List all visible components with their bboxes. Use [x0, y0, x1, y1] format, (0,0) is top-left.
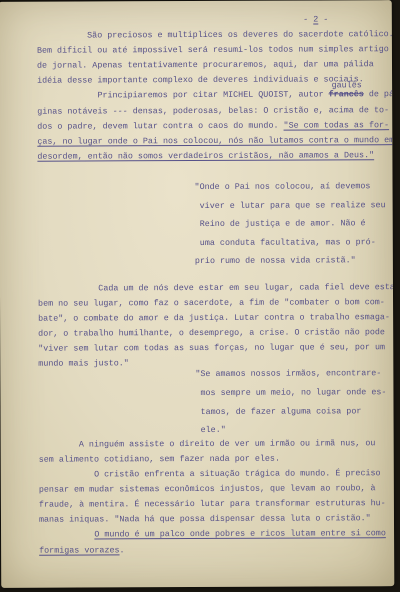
text-line: formigas vorazes.	[39, 542, 391, 559]
text-segment: O cristão enfrenta a situação trágica do…	[39, 468, 381, 479]
text-segment: de jornal. Apenas tentativamente procura…	[37, 60, 374, 71]
paragraph-2: Cada um de nós deve estar em seu lugar, …	[38, 280, 390, 372]
text-segment: idéia desse importante complexo de dever…	[37, 75, 364, 86]
text-line: sem alimento cotidiano, sem fazer nada p…	[39, 451, 391, 468]
text-line: prio rumo de nossa vida cristã."	[195, 251, 390, 270]
text-segment: Cada um de nós deve estar em seu lugar, …	[38, 282, 394, 294]
text-segment: "Se amamos nossos irmãos, encontrare-	[195, 369, 381, 380]
text-line: Bem dificil ou até impossivel será resum…	[37, 42, 389, 59]
text-segment: ele."	[196, 425, 226, 435]
text-segment: bate", o combate do amor e da justiça. L…	[38, 312, 390, 324]
text-segment: mos sempre um meio, no lugar onde es-	[195, 387, 386, 398]
text-line: pensar em mudar sistemas econômicos inju…	[39, 481, 391, 498]
underlined-text: "Se com todas as for-	[284, 120, 390, 130]
text-segment: ginas notáveis --- densas, poderosas, be…	[37, 105, 389, 117]
text-segment: mundo mais justo."	[38, 359, 129, 369]
text-line: de jornal. Apenas tentativamente procura…	[37, 57, 389, 74]
block-quote-2: "Se amamos nossos irmãos, encontrare- mo…	[38, 365, 390, 441]
text-line: ginas notáveis --- densas, poderosas, be…	[37, 103, 389, 120]
text-segment: Bem dificil ou até impossivel será resum…	[37, 44, 389, 56]
block-quote-1: "Onde o Pai nos colocou, aí devemos vive…	[37, 177, 389, 272]
text-line: Cada um de nós deve estar em seu lugar, …	[38, 280, 390, 297]
text-line: mos sempre um meio, no lugar onde es-	[195, 383, 390, 402]
text-segment: bem no seu lugar, como faz o sacerdote, …	[38, 297, 385, 309]
text-line: "viver sem lutar com todas as suas força…	[38, 340, 390, 357]
text-line: Principiaremos por citar MICHEL QUOIST, …	[37, 88, 389, 105]
typed-correction-note: gaulês	[332, 81, 362, 90]
text-segment: Reino de justiça e de amor. Não é	[195, 218, 366, 229]
text-segment: dor, o trabalho humilhante, o desemprego…	[38, 327, 385, 339]
text-segment: de pá-	[364, 90, 394, 100]
text-segment: dos o padre, devem lutar contra o caos d…	[37, 120, 283, 131]
text-line: bem no seu lugar, como faz o sacerdote, …	[38, 295, 390, 312]
text-segment: viver e lutar para que se realize seu	[195, 200, 386, 211]
document-body: - 2 - São preciosos e multiplices os dev…	[37, 12, 391, 558]
underlined-text: formigas vorazes	[39, 545, 119, 555]
underlined-text: desordem, então não somos verdadeiros cr…	[37, 150, 374, 161]
document-page: - 2 - São preciosos e multiplices os dev…	[0, 0, 394, 588]
text-line: Reino de justiça e de amor. Não é	[195, 214, 390, 233]
text-segment: pensar em mudar sistemas econômicos inju…	[39, 483, 376, 494]
photo-background: - 2 - São preciosos e multiplices os dev…	[0, 0, 400, 592]
text-segment: sem alimento cotidiano, sem fazer nada p…	[39, 454, 280, 465]
text-line: São preciosos e multiplices os deveres d…	[37, 27, 389, 44]
text-line: dos o padre, devem lutar contra o caos d…	[37, 118, 389, 135]
text-segment: uma conduta facultativa, mas o pró-	[195, 237, 376, 248]
text-segment: "Onde o Pai nos colocou, aí devemos	[195, 181, 371, 192]
text-line: O cristão enfrenta a situação trágica do…	[39, 466, 391, 483]
text-segment: -	[318, 14, 328, 24]
text-segment: -	[37, 14, 313, 25]
text-line: A ninguém assiste o direito de ver um ir…	[39, 436, 391, 453]
text-line: O mundo é um palco onde pobres e ricos l…	[39, 527, 391, 544]
underlined-text: ças, no lugar onde o Pai nos colocou, nó…	[37, 135, 394, 147]
text-line: dor, o trabalho humilhante, o desemprego…	[38, 325, 390, 342]
text-segment: fraude, à mentira. É necessário lutar pa…	[39, 498, 386, 510]
paragraph-3: A ninguém assiste o direito de ver um ir…	[39, 436, 392, 558]
text-line: desordem, então não somos verdadeiros cr…	[37, 148, 389, 165]
text-segment: manas iniquas. "Nada há que possa dispen…	[39, 514, 371, 525]
underlined-text: O mundo é um palco onde pobres e ricos l…	[94, 529, 386, 540]
text-segment: A ninguém assiste o direito de ver um ir…	[39, 438, 376, 449]
text-segment: "viver sem lutar com todas as suas força…	[38, 342, 385, 354]
text-segment: Principiaremos por citar MICHEL QUOIST, …	[37, 90, 329, 101]
text-line: "Onde o Pai nos colocou, aí devemos	[194, 177, 389, 196]
text-line: ças, no lugar onde o Pai nos colocou, nó…	[37, 133, 389, 150]
text-line: "Se amamos nossos irmãos, encontrare-	[195, 365, 390, 384]
header-and-paragraph-1: - 2 - São preciosos e multiplices os dev…	[37, 12, 390, 164]
text-line: - 2 -	[37, 12, 389, 29]
text-segment: tamos, de fazer alguma coisa por	[195, 406, 361, 417]
text-line: bate", o combate do amor e da justiça. L…	[38, 310, 390, 327]
text-segment	[39, 530, 94, 540]
text-line: uma conduta facultativa, mas o pró-	[195, 233, 390, 252]
text-line: viver e lutar para que se realize seu	[195, 196, 390, 215]
text-line: manas iniquas. "Nada há que possa dispen…	[39, 511, 391, 528]
text-segment: prio rumo de nossa vida cristã."	[195, 256, 356, 267]
text-line: fraude, à mentira. É necessário lutar pa…	[39, 496, 391, 513]
text-segment: São preciosos e multiplices os deveres d…	[37, 29, 394, 41]
text-line: tamos, de fazer alguma coisa por	[195, 402, 390, 421]
text-segment: .	[120, 545, 125, 555]
struck-word: francêsgaulês	[329, 90, 364, 100]
